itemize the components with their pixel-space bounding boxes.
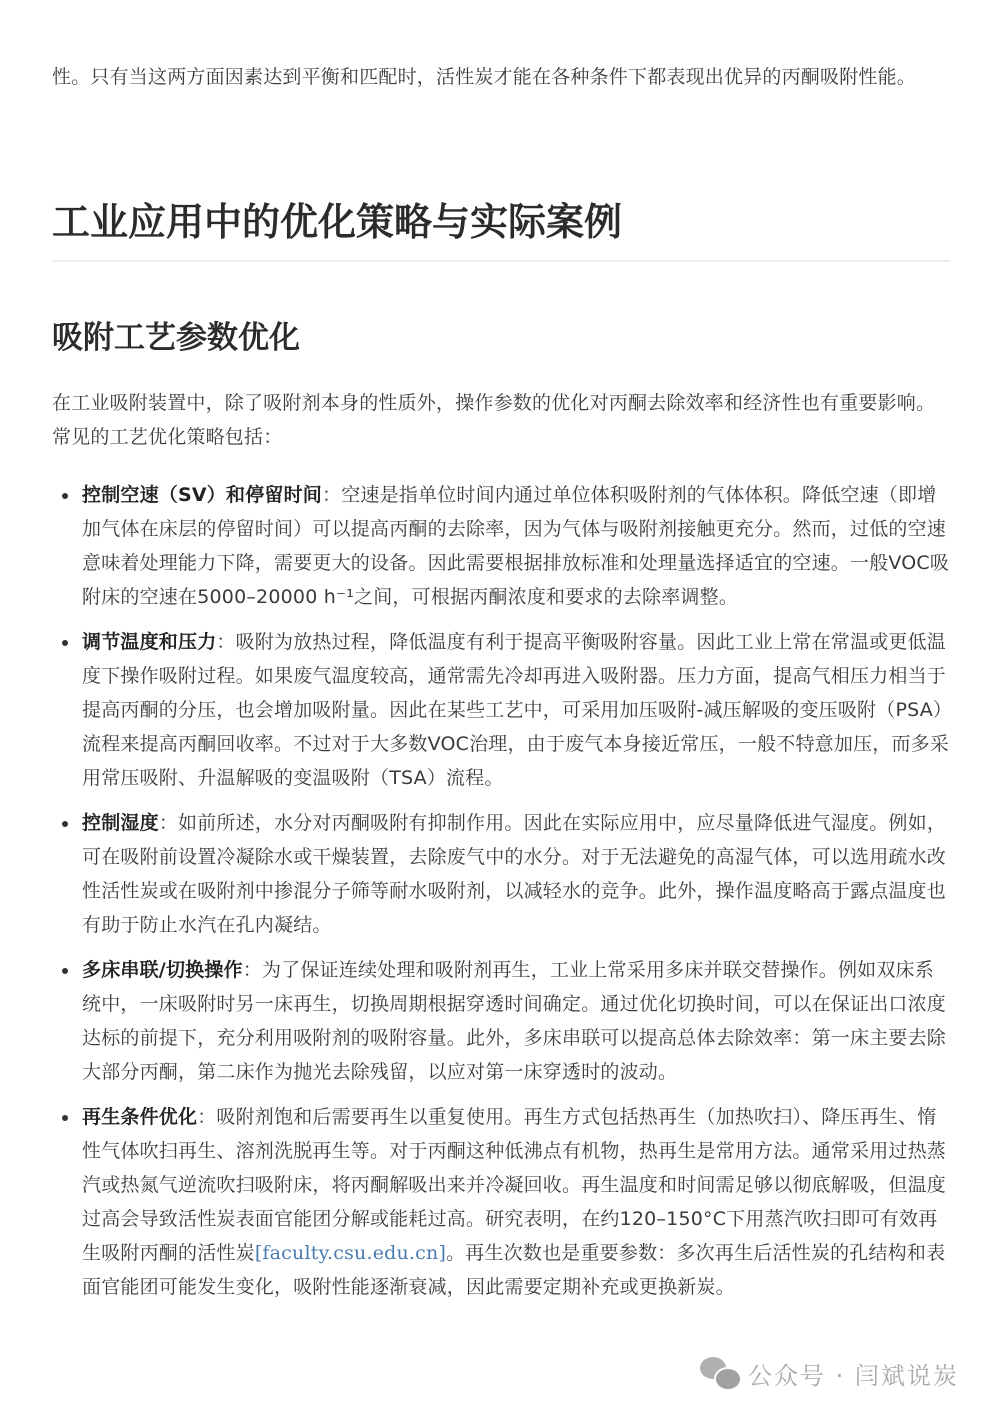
intro-paragraph: 性。只有当这两方面因素达到平衡和匹配时，活性炭才能在各种条件下都表现出优异的丙酮…	[52, 60, 950, 94]
list-item-multi-bed: 多床串联/切换操作：为了保证连续处理和吸附剂再生，工业上常采用多床并联交替操作。…	[52, 953, 950, 1089]
list-item-term: 控制湿度	[82, 812, 159, 834]
bullet-icon	[62, 493, 68, 499]
list-item-text: ：如前所述，水分对丙酮吸附有抑制作用。因此在实际应用中，应尽量降低进气湿度。例如…	[82, 812, 946, 936]
watermark-text: 公众号 · 闫斌说炭	[748, 1356, 959, 1391]
bullet-icon	[62, 1115, 68, 1121]
lead-paragraph: 在工业吸附装置中，除了吸附剂本身的性质外，操作参数的优化对丙酮去除效率和经济性也…	[52, 386, 950, 454]
list-item-term: 调节温度和压力	[82, 631, 216, 653]
list-item-text: ：吸附为放热过程，降低温度有利于提高平衡吸附容量。因此工业上常在常温或更低温度下…	[82, 631, 949, 789]
list-item-regeneration: 再生条件优化：吸附剂饱和后需要再生以重复使用。再生方式包括热再生（加热吹扫）、降…	[52, 1100, 950, 1304]
section-heading: 工业应用中的优化策略与实际案例	[52, 196, 950, 262]
bullet-icon	[62, 968, 68, 974]
list-item-term: 再生条件优化	[82, 1106, 197, 1128]
list-item-humidity: 控制湿度：如前所述，水分对丙酮吸附有抑制作用。因此在实际应用中，应尽量降低进气湿…	[52, 806, 950, 942]
list-item-term: 控制空速（SV）和停留时间	[82, 484, 322, 506]
watermark: 公众号 · 闫斌说炭	[700, 1356, 959, 1391]
subsection-heading: 吸附工艺参数优化	[52, 316, 300, 360]
wechat-icon	[700, 1357, 740, 1391]
list-item-temperature-pressure: 调节温度和压力：吸附为放热过程，降低温度有利于提高平衡吸附容量。因此工业上常在常…	[52, 625, 950, 795]
optimization-strategy-list: 控制空速（SV）和停留时间：空速是指单位时间内通过单位体积吸附剂的气体体积。降低…	[52, 478, 950, 1315]
citation-link[interactable]: [faculty.csu.edu.cn]	[255, 1242, 446, 1264]
bullet-icon	[62, 640, 68, 646]
bullet-icon	[62, 821, 68, 827]
list-item-term: 多床串联/切换操作	[82, 959, 243, 981]
list-item-text: ：吸附剂饱和后需要再生以重复使用。再生方式包括热再生（加热吹扫）、降压再生、惰性…	[82, 1106, 946, 1264]
list-item-space-velocity: 控制空速（SV）和停留时间：空速是指单位时间内通过单位体积吸附剂的气体体积。降低…	[52, 478, 950, 614]
